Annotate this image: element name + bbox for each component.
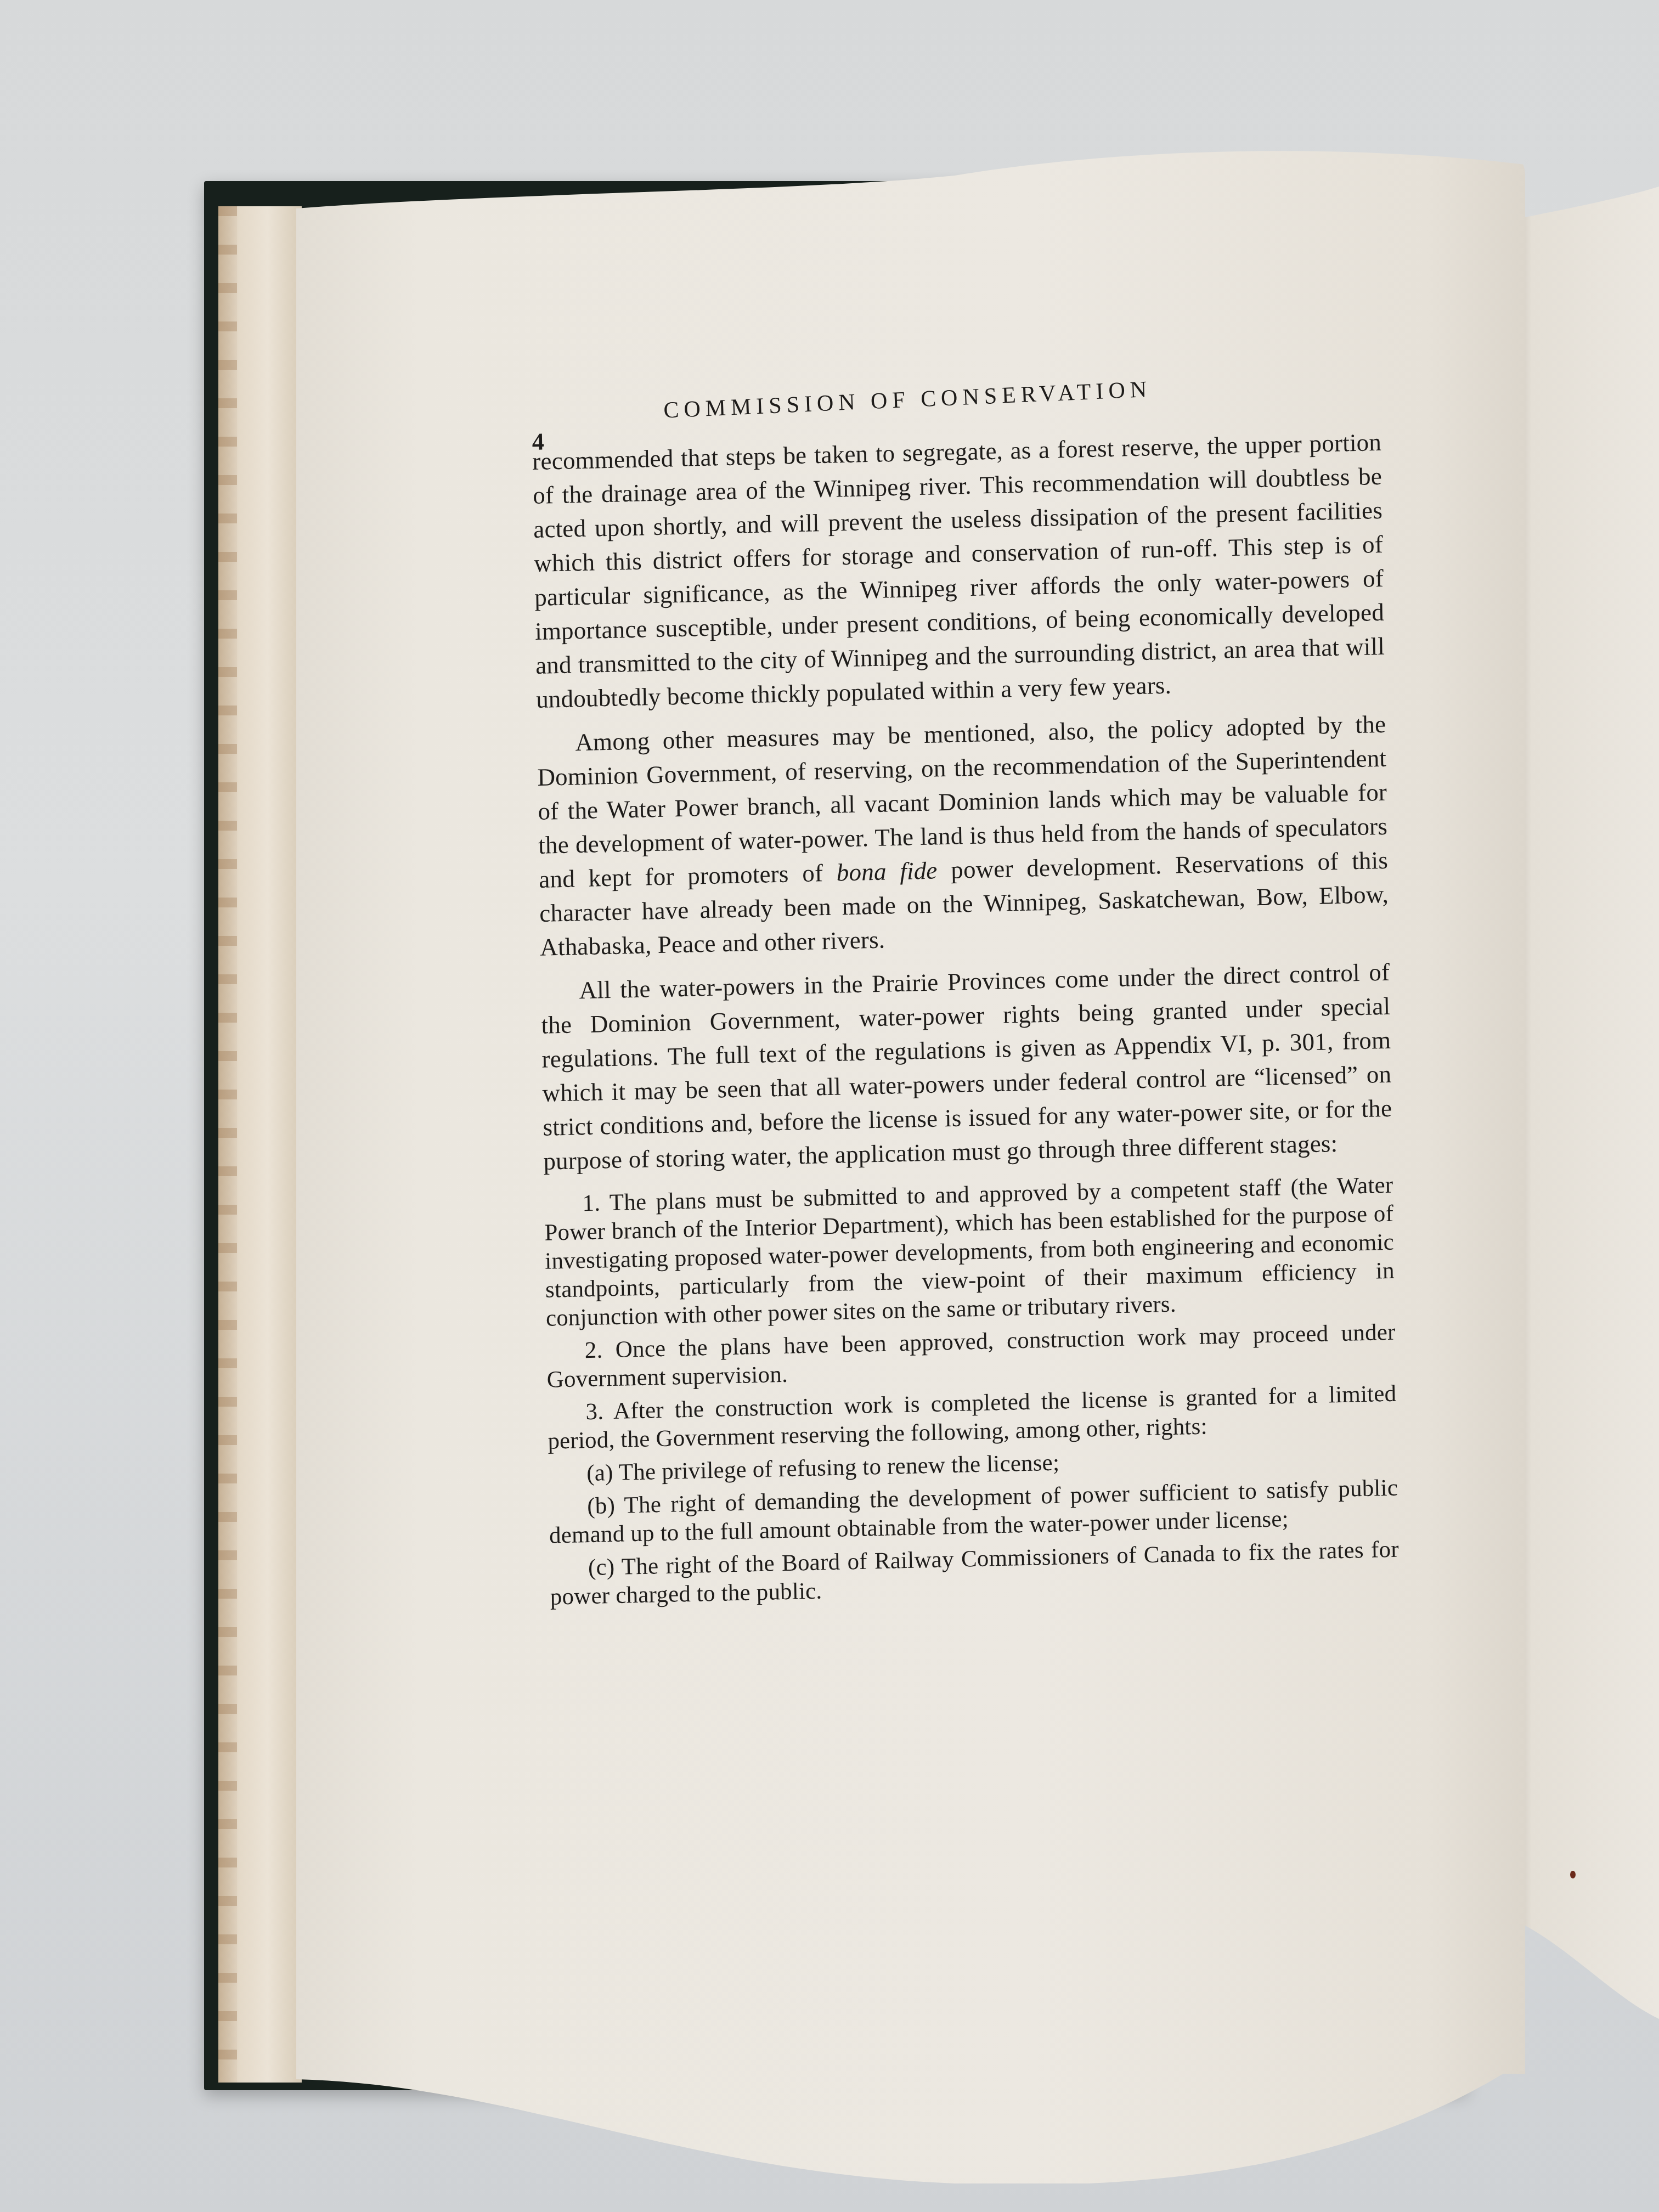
facing-page-edge — [1514, 187, 1659, 2019]
italic-phrase: bona fide — [836, 856, 938, 886]
page-text-block: 4 COMMISSION OF CONSERVATION recommended… — [531, 359, 1400, 1612]
paper-blemish — [1570, 1871, 1576, 1878]
paragraph-continued: recommended that steps be taken to segre… — [532, 425, 1385, 716]
stage-item: 1. The plans must be submitted to and ap… — [544, 1171, 1395, 1333]
page-number: 4 — [532, 427, 544, 455]
paragraph-prairie-provinces: All the water-powers in the Prairie Prov… — [540, 955, 1392, 1178]
stages-list: 1. The plans must be submitted to and ap… — [544, 1171, 1400, 1612]
running-head-title: COMMISSION OF CONSERVATION — [663, 376, 1152, 424]
foxing-stains — [218, 206, 237, 2083]
paragraph-reservations: Among other measures may be mentioned, a… — [537, 707, 1389, 964]
